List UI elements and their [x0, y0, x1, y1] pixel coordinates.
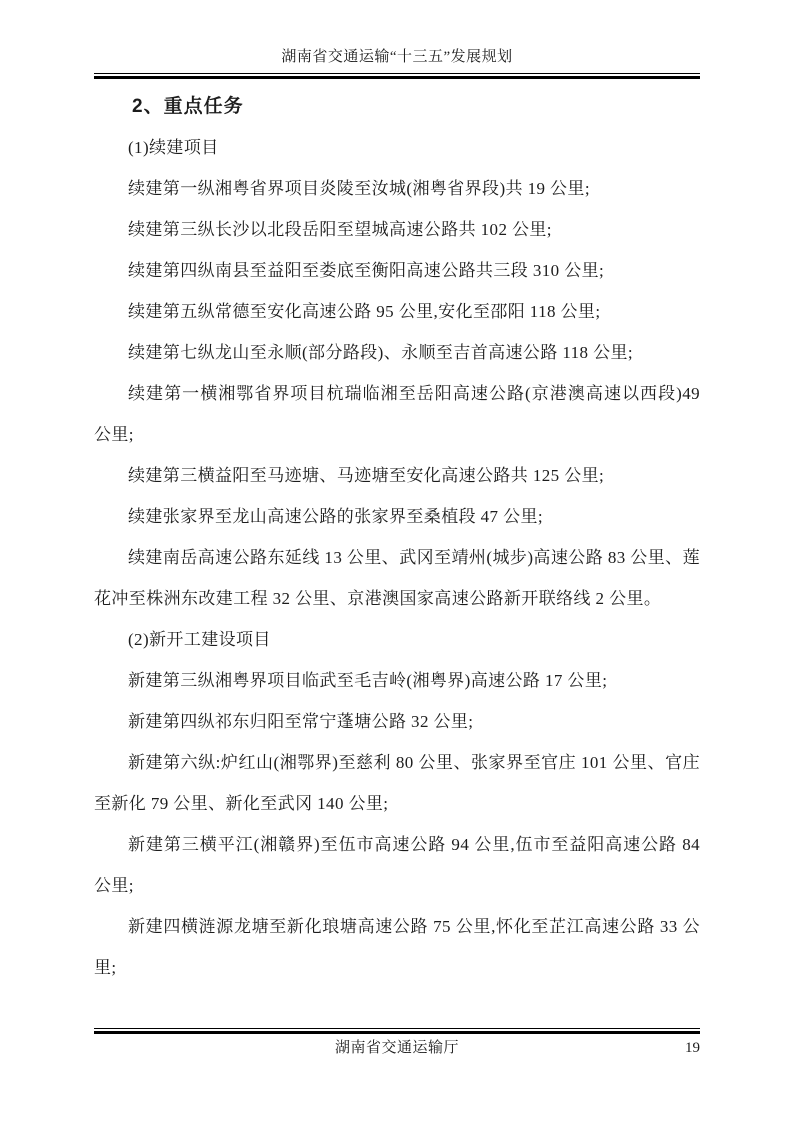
page-footer: 湖南省交通运输厅 19	[94, 1028, 700, 1060]
footer-rule-thick-line	[94, 1031, 700, 1034]
footer-rule	[94, 1028, 700, 1034]
page-number: 19	[685, 1036, 700, 1060]
paragraph: 新建第三纵湘粤界项目临武至毛吉岭(湘粤界)高速公路 17 公里;	[94, 660, 700, 701]
paragraph: 续建第一横湘鄂省界项目杭瑞临湘至岳阳高速公路(京港澳高速以西段)49 公里;	[94, 373, 700, 455]
paragraph: 续建第三横益阳至马迹塘、马迹塘至安化高速公路共 125 公里;	[94, 455, 700, 496]
footer-department: 湖南省交通运输厅	[94, 1036, 700, 1060]
paragraph: (2)新开工建设项目	[94, 619, 700, 660]
paragraph: 续建第五纵常德至安化高速公路 95 公里,安化至邵阳 118 公里;	[94, 291, 700, 332]
paragraph: 续建张家界至龙山高速公路的张家界至桑植段 47 公里;	[94, 496, 700, 537]
document-page: 湖南省交通运输“十三五”发展规划 2、重点任务 (1)续建项目续建第一纵湘粤省界…	[0, 0, 793, 1122]
paragraph: 续建南岳高速公路东延线 13 公里、武冈至靖州(城步)高速公路 83 公里、莲花…	[94, 537, 700, 619]
header-rule	[94, 73, 700, 79]
paragraph: (1)续建项目	[94, 127, 700, 168]
document-body: 2、重点任务 (1)续建项目续建第一纵湘粤省界项目炎陵至汝城(湘粤省界段)共 1…	[94, 86, 700, 988]
footer-line: 湖南省交通运输厅 19	[94, 1036, 700, 1060]
header-title: 湖南省交通运输“十三五”发展规划	[94, 46, 700, 68]
paragraph: 续建第三纵长沙以北段岳阳至望城高速公路共 102 公里;	[94, 209, 700, 250]
paragraph: 新建第三横平江(湘赣界)至伍市高速公路 94 公里,伍市至益阳高速公路 84 公…	[94, 824, 700, 906]
paragraph: 续建第四纵南县至益阳至娄底至衡阳高速公路共三段 310 公里;	[94, 250, 700, 291]
paragraph: 续建第一纵湘粤省界项目炎陵至汝城(湘粤省界段)共 19 公里;	[94, 168, 700, 209]
paragraph: 续建第七纵龙山至永顺(部分路段)、永顺至吉首高速公路 118 公里;	[94, 332, 700, 373]
paragraph: 新建第四纵祁东归阳至常宁蓬塘公路 32 公里;	[94, 701, 700, 742]
page-header: 湖南省交通运输“十三五”发展规划	[94, 46, 700, 79]
header-rule-thick-line	[94, 76, 700, 79]
section-heading: 2、重点任务	[94, 86, 700, 127]
paragraph-list: (1)续建项目续建第一纵湘粤省界项目炎陵至汝城(湘粤省界段)共 19 公里;续建…	[94, 127, 700, 988]
paragraph: 新建第六纵:炉红山(湘鄂界)至慈利 80 公里、张家界至官庄 101 公里、官庄…	[94, 742, 700, 824]
paragraph: 新建四横涟源龙塘至新化琅塘高速公路 75 公里,怀化至芷江高速公路 33 公里;	[94, 906, 700, 988]
